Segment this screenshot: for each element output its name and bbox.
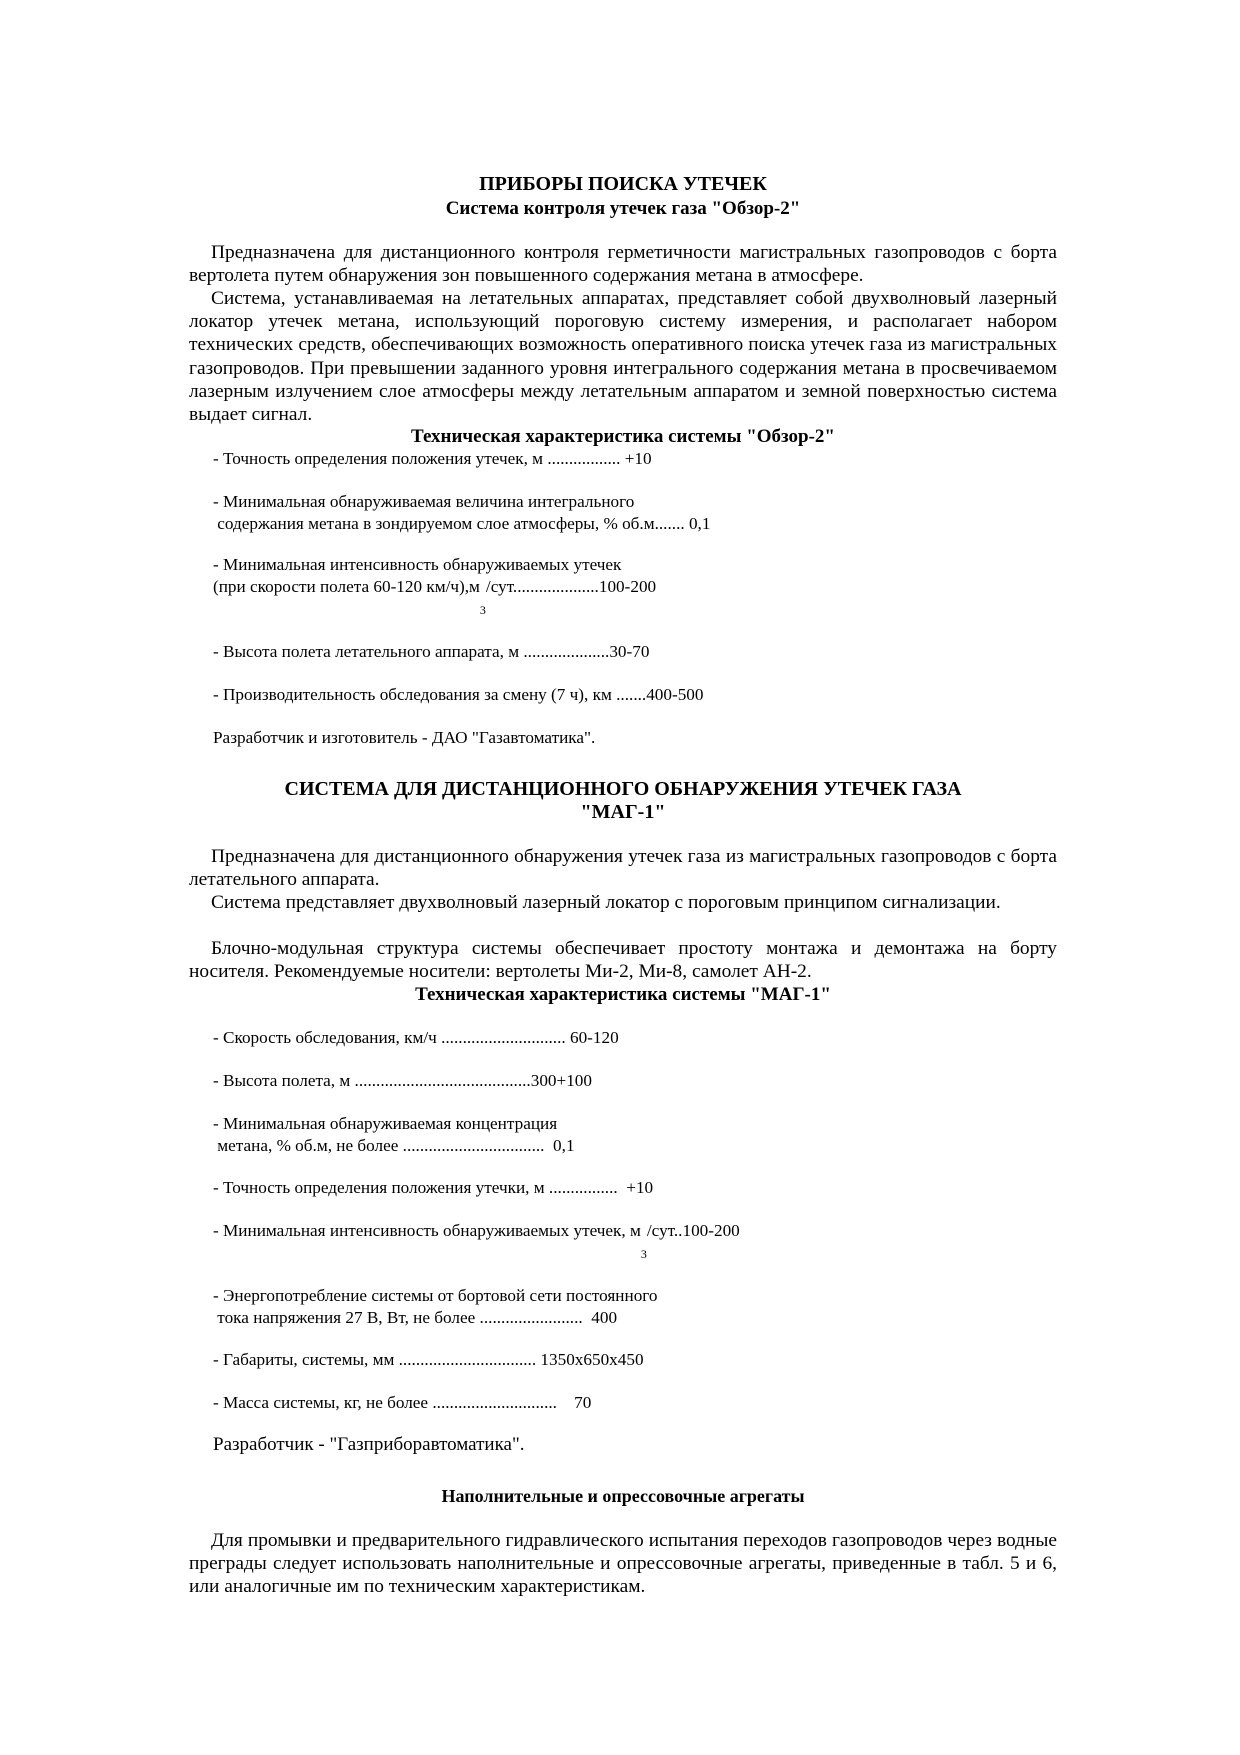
spec-item: - Энергопотребление системы от бортовой … <box>213 1285 658 1329</box>
spec-item: - Минимальная интенсивность обнаруживаем… <box>213 1220 740 1243</box>
spec-item: - Точность определения положения утечки,… <box>213 1177 653 1199</box>
section-title-mag1-line1: СИСТЕМА ДЛЯ ДИСТАНЦИОННОГО ОБНАРУЖЕНИЯ У… <box>189 778 1057 801</box>
paragraph: Для промывки и предварительного гидравли… <box>189 1529 1057 1599</box>
spec-item: - Скорость обследования, км/ч ..........… <box>213 1027 619 1049</box>
developer-note: Разработчик и изготовитель - ДАО "Газавт… <box>213 727 595 749</box>
spec-item: - Точность определения положения утечек,… <box>213 448 652 470</box>
spec-item: - Габариты, системы, мм ................… <box>213 1349 644 1371</box>
section-title-leak-detectors: ПРИБОРЫ ПОИСКА УТЕЧЕК <box>189 173 1057 196</box>
spec-item: - Минимальная обнаруживаемая концентраци… <box>213 1113 575 1157</box>
spec-item: - Производительность обследования за сме… <box>213 684 704 706</box>
paragraph: Блочно-модульная структура системы обесп… <box>189 937 1057 983</box>
paragraph: Система представляет двухволновый лазерн… <box>189 891 1057 914</box>
section-subtitle-obzor2: Система контроля утечек газа "Обзор-2" <box>189 197 1057 220</box>
section-title-fill-units: Наполнительные и опрессовочные агрегаты <box>189 1485 1057 1508</box>
spec-item: - Высота полета, м .....................… <box>213 1070 592 1092</box>
spec-item: - Высота полета летательного аппарата, м… <box>213 641 649 663</box>
spec-title-obzor2: Техническая характеристика системы "Обзо… <box>189 425 1057 448</box>
paragraph: Предназначена для дистанционного обнаруж… <box>189 845 1057 891</box>
spec-item: - Масса системы, кг, не более ..........… <box>213 1392 591 1414</box>
spec-item: - Минимальная обнаруживаемая величина ин… <box>213 491 710 535</box>
spec-title-mag1: Техническая характеристика системы "МАГ-… <box>189 983 1057 1006</box>
paragraph: Система, устанавливаемая на летательных … <box>189 287 1057 426</box>
developer-note: Разработчик - "Газприборавтоматика". <box>213 1434 524 1456</box>
section-title-mag1-line2: "МАГ-1" <box>189 801 1057 824</box>
paragraph: Предназначена для дистанционного контрол… <box>189 241 1057 287</box>
spec-item: - Минимальная интенсивность обнаруживаем… <box>213 554 656 599</box>
